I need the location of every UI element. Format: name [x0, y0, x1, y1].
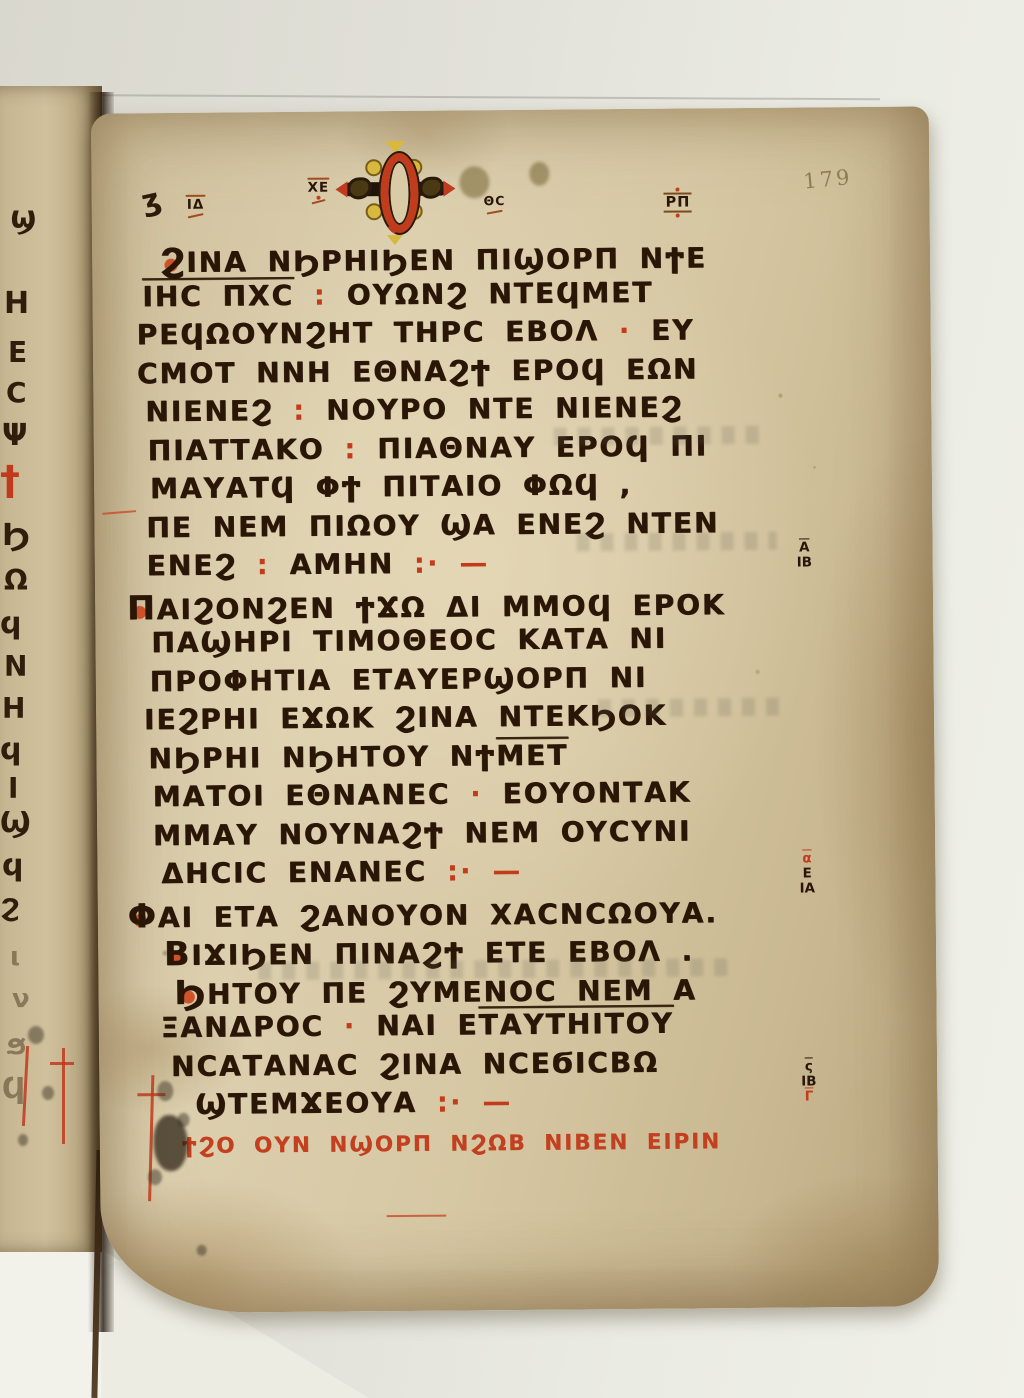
text-segment: ΑΙ ΕΤΑ ϨΑΝΟΥΟΝ ΧΑCΝCΩΟΥΑ.	[158, 896, 718, 934]
facing-glyph-fragment: C	[6, 376, 27, 409]
facing-glyph-fragment: ϧ	[6, 1028, 27, 1061]
text-segment: ΜΕΤ	[496, 738, 568, 772]
text-line: ΠΡΟΦΗΤΙΑ ΕΤΑΥΕΡϢΟΡΠ ΝΙ	[150, 659, 840, 704]
ornament-left-triangle	[335, 181, 347, 197]
backdrop-seam	[0, 94, 880, 101]
ink-offset-text	[554, 426, 764, 446]
text-segment: :	[294, 278, 347, 311]
bottom-faint-number: 17	[794, 1288, 820, 1312]
red-tick	[312, 199, 326, 204]
facing-glyph-fragment: ν	[12, 984, 30, 1014]
text-segment: ·	[599, 314, 632, 347]
manuscript-page: ʒ ΙΔ ΧΕ ΘC ΡΠ 179	[91, 106, 939, 1313]
text-segment: ΝΑΙ Ε	[356, 1008, 478, 1042]
facing-glyph-fragment: ϥ	[0, 606, 21, 641]
text-line: ΦΑΙ ΕΤΑ ϨΑΝΟΥΟΝ ΧΑCΝCΩΟΥΑ.	[128, 890, 842, 935]
text-segment: ΕΟΥΟΝΤΑΚ	[483, 775, 692, 810]
margin-numeral-row: ΙΒ	[797, 555, 812, 570]
text-line: ΝCΑΤΑΝΑC ϨΙΝΑ ΝCΕϬΙCΒΩ	[171, 1044, 843, 1088]
margin-numeral-row: ς	[801, 1059, 816, 1074]
text-line: ΠΑϢΗΡΙ ΤΙΜΟΘΕΟC ΚΑΤΑ ΝΙ	[151, 620, 839, 665]
facing-glyph-fragment: Ν	[4, 650, 27, 683]
margin-numeral-row: ΙΒ	[801, 1074, 816, 1089]
text-segment: ΕΝΕϨ	[147, 548, 238, 582]
ink-smudge	[18, 1134, 28, 1146]
ornament-top-triangle	[385, 141, 405, 153]
ink-smudge	[197, 1245, 207, 1256]
margin-section-numeral: ΑΙΒ	[797, 540, 813, 570]
ornament-dot	[366, 203, 383, 220]
quire-mark: ʒ	[138, 181, 164, 219]
ink-offset-blob	[529, 162, 549, 186]
text-segment: ΤΑΥΤΗΙΤΟΥ	[478, 1007, 673, 1042]
text-segment: CΜΟΤ ΝΝΗ ΕΘΝΑϨϮ ΕΡΟϤ ΕΩΝ	[137, 352, 699, 390]
text-segment: ΜΑΥΑΤϤ ΦϮ ΠΙΤΑΙΟ ΦΩϤ ,	[150, 468, 632, 505]
ink-offset-text	[576, 532, 776, 552]
text-segment: ΝCΑΤΑΝΑC ϨΙΝΑ ΝCΕϬΙCΒΩ	[171, 1045, 659, 1082]
text-segment: ΠΡΟΦΗΤΙΑ ΕΤΑΥΕΡϢΟΡΠ ΝΙ	[150, 660, 648, 697]
text-segment: ϢΤΕΜϪΕΟΥΑ	[195, 1086, 417, 1121]
text-segment: Ϩ	[160, 241, 187, 280]
margin-numeral-row: ΙΑ	[800, 881, 816, 896]
text-segment: ΠΙΑΤΤΑΚΟ	[148, 432, 325, 467]
ink-blot	[154, 1115, 188, 1171]
text-segment: Β	[164, 934, 191, 973]
text-segment: ΕΥ	[631, 313, 694, 347]
ink-smudge	[28, 1026, 44, 1044]
facing-glyph-fragment: Η	[4, 286, 29, 321]
manuscript-photo: { "header": { "quire_mark": "ʒ", "left_n…	[0, 0, 1024, 1398]
text-line: ΠΑΙϨΟΝϨΕΝ ϮϪΩ ΔΙ ΜΜΟϤ ΕΡΟΚ	[127, 582, 839, 627]
text-line: CΜΟΤ ΝΝΗ ΕΘΝΑϨϮ ΕΡΟϤ ΕΩΝ	[137, 351, 837, 396]
margin-numeral-row: Α	[797, 540, 812, 555]
facing-glyph-fragment: ϥ	[0, 732, 21, 767]
text-line: ΝϦΡΗΙ ΝϦΗΤΟΥ ΝϮΜΕΤ	[148, 736, 840, 781]
red-cross-bar	[50, 1062, 74, 1065]
text-segment: ·	[324, 1009, 357, 1042]
text-segment: ·	[450, 777, 483, 810]
facing-page-edge: ϣΗΕCΨ†ϦΩϥΝΗϥΙϢϥϩινϧϤ	[0, 86, 102, 1252]
text-segment: ΡΕϤΩΟΥΝϨΗΤ ΤΗΡC ΕΒΟΛ	[137, 314, 600, 351]
header-rosette-ornament	[339, 151, 452, 238]
text-line: ΜΑΤΟΙ ΕΘΝΑΝΕC · ΕΟΥΟΝΤΑΚ	[153, 774, 841, 819]
text-segment: Φ	[128, 896, 158, 935]
text-line: ΞΑΝΔΡΟC · ΝΑΙ ΕΤΑΥΤΗΙΤΟΥ	[161, 1005, 843, 1049]
header-numeral-left: ΙΔ	[183, 195, 207, 217]
header-abbrev-right: ΘC	[483, 194, 505, 213]
text-segment: ΟΥΩΝϨ ΝΤΕϤΜΕΤ	[347, 275, 654, 311]
red-tick	[487, 210, 503, 215]
ink-smudge	[157, 1081, 173, 1101]
facing-glyph-fragment: Ϥ	[2, 1072, 25, 1105]
text-segment: :	[273, 394, 326, 427]
ornament-right-triangle	[443, 181, 455, 197]
text-segment: ΝϦΡΗΙ ΝϦΗΤΟΥ ΝϮ	[148, 739, 496, 775]
text-segment: ΞΑΝΔΡΟC	[161, 1010, 325, 1044]
text-segment: ΙΕϨΡΗΙ ΕϪΩΚ ϨΙΝΑ ΝΤΕΚϦΟΚ	[144, 699, 668, 737]
facing-glyph-fragment: Ω	[4, 564, 28, 597]
margin-numeral-row: α	[799, 851, 815, 866]
text-segment: Π	[127, 588, 157, 627]
red-dot	[676, 214, 680, 218]
text-segment: ΝΟΥΡΟ ΝΤΕ ΝΙΕΝΕϨ	[326, 391, 683, 427]
text-segment: ΑΙϨΟΝϨΕΝ ϮϪΩ ΔΙ ΜΜΟϤ ΕΡΟΚ	[157, 588, 726, 626]
text-segment: ΝΙΕΝΕϨ	[145, 394, 273, 428]
ink-offset-text	[598, 698, 788, 718]
red-dash	[386, 1215, 446, 1218]
red-tick	[188, 213, 204, 218]
ornament-dot	[365, 159, 382, 176]
text-segment: :	[324, 432, 377, 465]
margin-section-numeral: ςΙΒΓ	[801, 1059, 817, 1104]
text-segment: ΙΝΑ ΝϦΡΗΙϦΕΝ ΠΙϢΟΡΠ ΝϮΕ	[186, 241, 707, 279]
facing-glyph-fragment: Ι	[8, 772, 18, 805]
text-line: ΙΗC ΠΧC : ΟΥΩΝϨ ΝΤΕϤΜΕΤ	[142, 274, 836, 319]
text-line: ΔΗCΙC ΕΝΑΝΕC :· —	[161, 851, 841, 895]
text-segment: ΠΑϢΗΡΙ ΤΙΜΟΘΕΟC ΚΑΤΑ ΝΙ	[151, 622, 667, 659]
text-segment: ΜΑΤΟΙ ΕΘΝΑΝΕC	[153, 778, 451, 814]
text-line: ΜΜΑΥ ΝΟΥΝΑϨϮ ΝΕΜ ΟΥCΥΝΙ	[153, 813, 841, 858]
red-dot	[675, 188, 679, 192]
text-segment: :· —	[394, 546, 490, 580]
header-abbrev-left: ΧΕ	[305, 178, 331, 203]
red-dash	[102, 510, 136, 515]
text-segment: ΔΗCΙC ΕΝΑΝΕC	[161, 855, 427, 890]
ink-smudge	[148, 1169, 162, 1185]
text-line: ΜΑΥΑΤϤ ΦϮ ΠΙΤΑΙΟ ΦΩϤ ,	[150, 466, 838, 511]
rubric-segment: ϮϨΟ ΟΥΝ ΝϢΟΡΠ ΝϨΩΒ ΝΙΒΕΝ ΕΙΡΙΝ	[182, 1129, 722, 1159]
text-line: ϨΙΝΑ ΝϦΡΗΙϦΕΝ ΠΙϢΟΡΠ ΝϮΕ	[160, 235, 836, 279]
text-segment: :· —	[427, 854, 523, 888]
pencil-folio-number: 179	[802, 165, 853, 194]
margin-numeral-row: Γ	[801, 1089, 816, 1104]
margin-numeral-row: Ε	[799, 866, 815, 881]
ornament-ring	[380, 153, 419, 233]
facing-glyph-fragment: ι	[10, 942, 20, 972]
ink-smudge	[42, 1086, 54, 1100]
margin-section-numeral: αΕΙΑ	[799, 851, 815, 896]
facing-glyph-fragment: Ε	[8, 336, 27, 369]
facing-red-mark: †	[0, 458, 20, 504]
text-line: ϮϨΟ ΟΥΝ ΝϢΟΡΠ ΝϨΩΒ ΝΙΒΕΝ ΕΙΡΙΝ	[182, 1121, 844, 1165]
text-line: ϢΤΕΜϪΕΟΥΑ :· —	[195, 1082, 843, 1126]
facing-glyph-fragment: ϥ	[2, 848, 23, 883]
text-segment: :	[237, 548, 290, 581]
facing-glyph-fragment: ϣ	[10, 198, 37, 236]
facing-glyph-fragment: Ϧ	[2, 518, 30, 553]
text-line: ΡΕϤΩΟΥΝϨΗΤ ΤΗΡC ΕΒΟΛ · ΕΥ	[137, 312, 837, 357]
text-segment: ΑΜΗΝ	[290, 547, 395, 581]
facing-glyph-fragment: Ϣ	[0, 806, 31, 839]
facing-glyph-fragment: Η	[2, 692, 25, 725]
text-segment: :· —	[417, 1085, 513, 1119]
text-segment: ΜΜΑΥ ΝΟΥΝΑϨϮ ΝΕΜ ΟΥCΥΝΙ	[153, 814, 692, 852]
text-segment: Ϧ	[174, 972, 207, 1011]
facing-glyph-fragment: Ψ	[2, 418, 28, 453]
text-segment: ΙΗC ΠΧC	[142, 278, 294, 312]
coptic-page-number: ΡΠ	[663, 186, 691, 218]
facing-glyph-fragment: ϩ	[0, 888, 20, 923]
